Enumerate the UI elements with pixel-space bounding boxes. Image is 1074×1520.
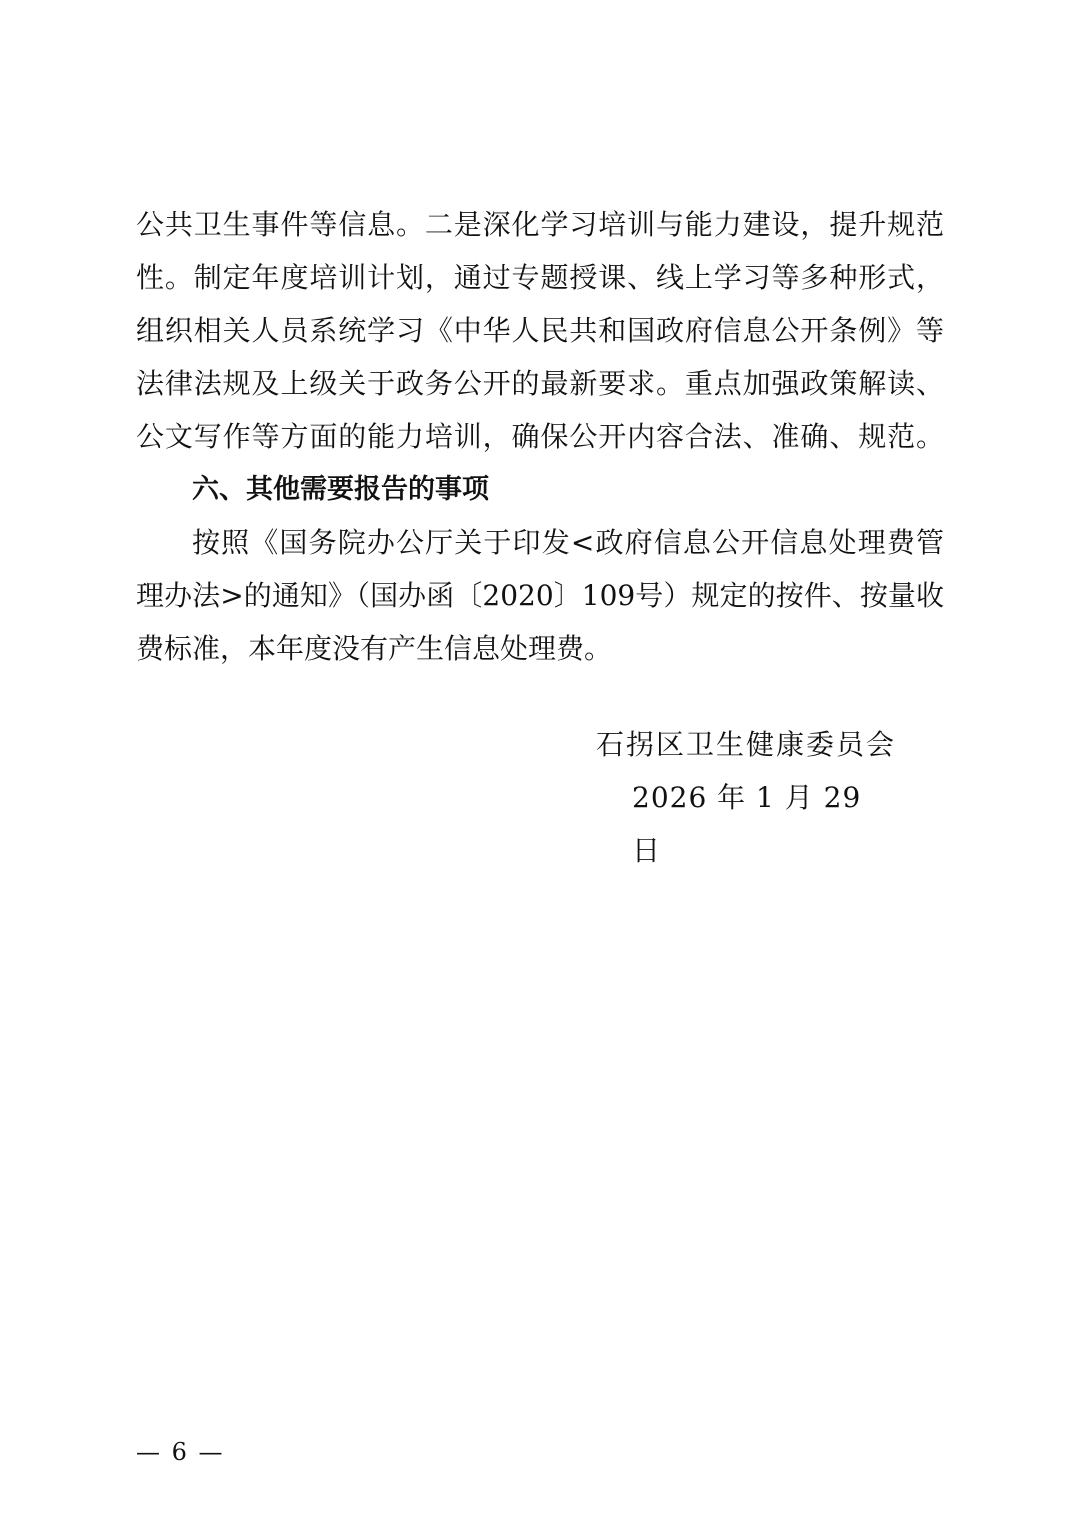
paragraph-line: 法律法规及上级关于政务公开的最新要求。重点加强政策解读、 (136, 357, 944, 410)
signature-date: 2026 年 1 月 29 日 (596, 771, 896, 877)
document-page: 公共卫生事件等信息。二是深化学习培训与能力建设，提升规范 性。制定年度培训计划，… (0, 0, 1074, 1520)
paragraph-line: 费标准，本年度没有产生信息处理费。 (136, 622, 944, 675)
signature-block: 石拐区卫生健康委员会 2026 年 1 月 29 日 (596, 718, 896, 877)
paragraph-line: 组织相关人员系统学习《中华人民共和国政府信息公开条例》等 (136, 304, 944, 357)
page-number: — 6 — (136, 1438, 225, 1466)
paragraph-line: 性。制定年度培训计划，通过专题授课、线上学习等多种形式， (136, 251, 944, 304)
paragraph-line: 理办法>的通知》（国办函〔2020〕109号）规定的按件、按量收 (136, 569, 944, 622)
document-body: 公共卫生事件等信息。二是深化学习培训与能力建设，提升规范 性。制定年度培训计划，… (136, 198, 944, 675)
paragraph-line: 公文写作等方面的能力培训，确保公开内容合法、准确、规范。 (136, 410, 944, 463)
section-heading: 六、其他需要报告的事项 (136, 463, 944, 516)
paragraph-line: 按照《国务院办公厅关于印发<政府信息公开信息处理费管 (136, 516, 944, 569)
signature-organization: 石拐区卫生健康委员会 (596, 718, 896, 771)
paragraph-line: 公共卫生事件等信息。二是深化学习培训与能力建设，提升规范 (136, 198, 944, 251)
